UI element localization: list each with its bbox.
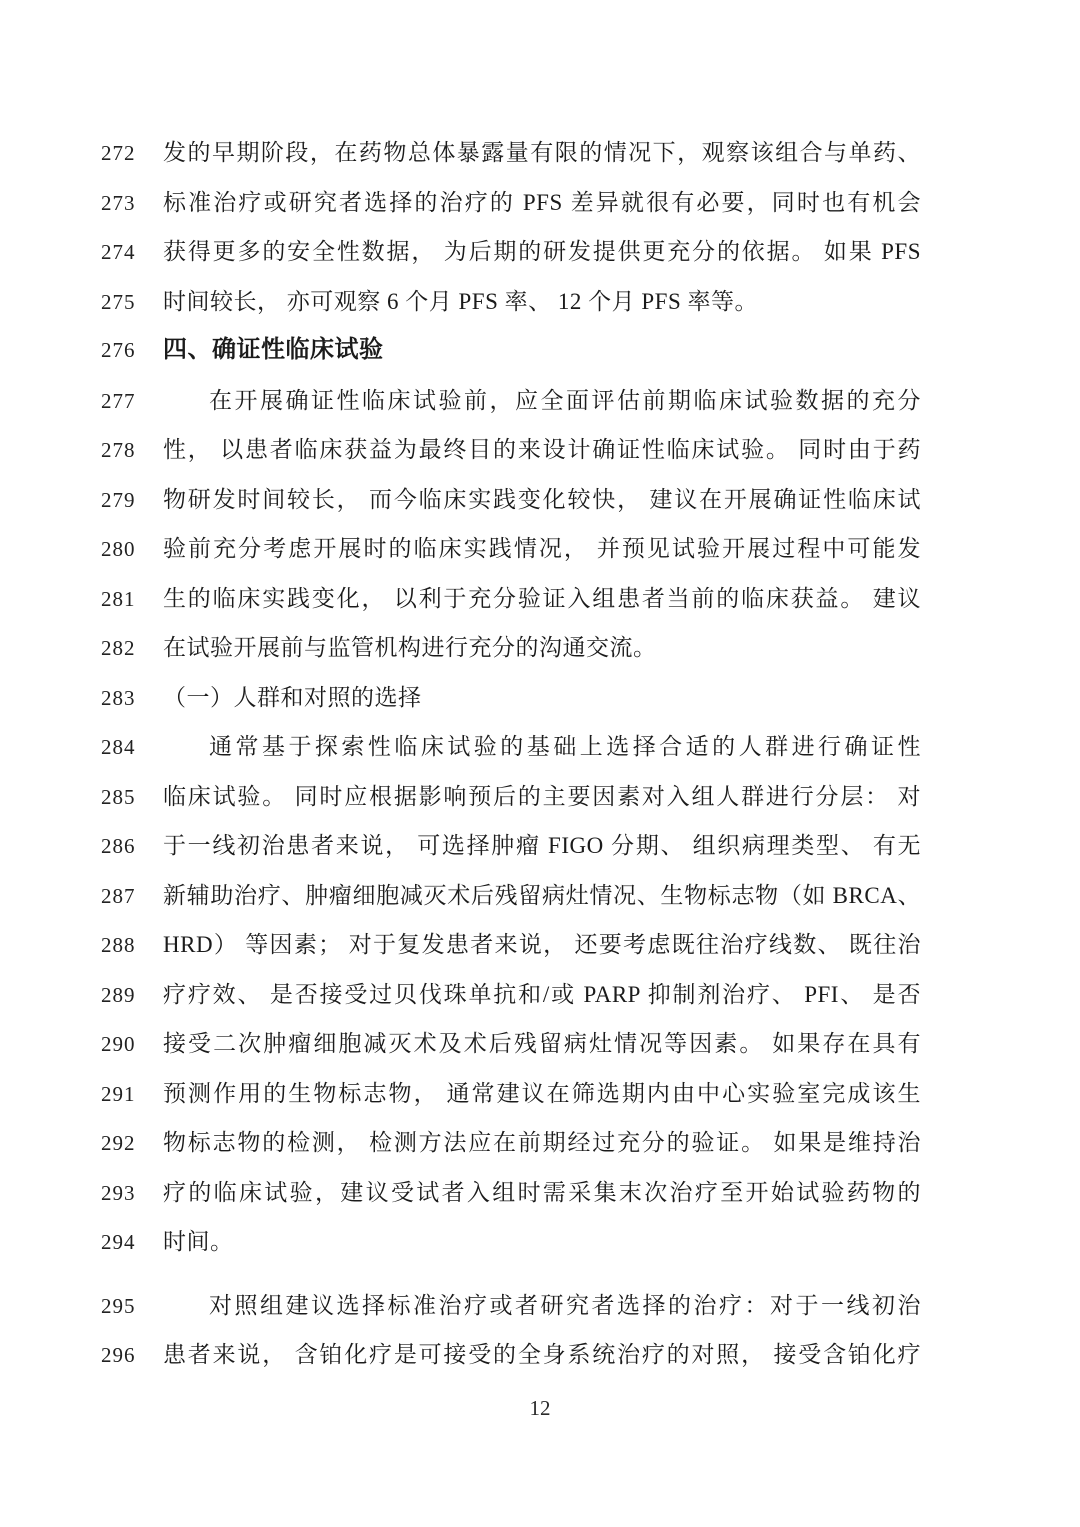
line-text: 疗的临床试验，建议受试者入组时需采集末次治疗至开始试验药物的: [163, 1168, 921, 1218]
line-text: 性， 以患者临床获益为最终目的来设计确证性临床试验。 同时由于药: [163, 425, 921, 475]
line-text: 于一线初治患者来说， 可选择肿瘤 FIGO 分期、 组织病理类型、 有无: [163, 821, 921, 871]
line-text: 接受二次肿瘤细胞减灭术及术后残留病灶情况等因素。 如果存在具有: [163, 1019, 921, 1069]
line-text: 预测作用的生物标志物， 通常建议在筛选期内由中心实验室完成该生: [163, 1069, 921, 1119]
document-line: 293 疗的临床试验，建议受试者入组时需采集末次治疗至开始试验药物的: [0, 1168, 1080, 1218]
line-number: 290: [101, 1032, 163, 1057]
line-text: 生的临床实践变化， 以利于充分验证入组患者当前的临床获益。 建议: [163, 574, 921, 624]
line-number: 292: [101, 1131, 163, 1156]
document-page: 272 发的早期阶段，在药物总体暴露量有限的情况下，观察该组合与单药、 273 …: [0, 0, 1080, 1421]
line-text: 时间。: [163, 1217, 921, 1267]
document-line: 280 验前充分考虑开展时的临床实践情况， 并预见试验开展过程中可能发: [0, 524, 1080, 574]
line-text: 物标志物的检测， 检测方法应在前期经过充分的验证。 如果是维持治: [163, 1118, 921, 1168]
line-text: 对照组建议选择标准治疗或者研究者选择的治疗：对于一线初治: [163, 1281, 921, 1331]
line-text: （一）人群和对照的选择: [163, 673, 921, 723]
document-line: 275 时间较长， 亦可观察 6 个月 PFS 率、 12 个月 PFS 率等。: [0, 277, 1080, 327]
document-line: 278 性， 以患者临床获益为最终目的来设计确证性临床试验。 同时由于药: [0, 425, 1080, 475]
line-number: 279: [101, 488, 163, 513]
document-line: 290 接受二次肿瘤细胞减灭术及术后残留病灶情况等因素。 如果存在具有: [0, 1019, 1080, 1069]
document-line: 295 对照组建议选择标准治疗或者研究者选择的治疗：对于一线初治: [0, 1281, 1080, 1331]
document-line: 277 在开展确证性临床试验前，应全面评估前期临床试验数据的充分: [0, 376, 1080, 426]
line-text: 验前充分考虑开展时的临床实践情况， 并预见试验开展过程中可能发: [163, 524, 921, 574]
document-line: 285 临床试验。 同时应根据影响预后的主要因素对入组人群进行分层： 对: [0, 772, 1080, 822]
document-line: 272 发的早期阶段，在药物总体暴露量有限的情况下，观察该组合与单药、: [0, 128, 1080, 178]
line-number: 272: [101, 141, 163, 166]
line-text: 在试验开展前与监管机构进行充分的沟通交流。: [163, 623, 921, 673]
line-number: 295: [101, 1294, 163, 1319]
line-text: 物研发时间较长， 而今临床实践变化较快， 建议在开展确证性临床试: [163, 475, 921, 525]
line-number: 280: [101, 537, 163, 562]
document-line: 289 疗疗效、 是否接受过贝伐珠单抗和/或 PARP 抑制剂治疗、 PFI、 …: [0, 970, 1080, 1020]
line-text: 疗疗效、 是否接受过贝伐珠单抗和/或 PARP 抑制剂治疗、 PFI、 是否: [163, 970, 921, 1020]
line-number: 277: [101, 389, 163, 414]
line-number: 285: [101, 785, 163, 810]
line-number: 273: [101, 191, 163, 216]
line-text: 在开展确证性临床试验前，应全面评估前期临床试验数据的充分: [163, 376, 921, 426]
document-line: 288 HRD） 等因素； 对于复发患者来说， 还要考虑既往治疗线数、 既往治: [0, 920, 1080, 970]
document-line: 284 通常基于探索性临床试验的基础上选择合适的人群进行确证性: [0, 722, 1080, 772]
line-number: 278: [101, 438, 163, 463]
page-number: 12: [0, 1396, 1080, 1421]
line-text: 时间较长， 亦可观察 6 个月 PFS 率、 12 个月 PFS 率等。: [163, 277, 921, 327]
document-line: 281 生的临床实践变化， 以利于充分验证入组患者当前的临床获益。 建议: [0, 574, 1080, 624]
document-line: 296 患者来说， 含铂化疗是可接受的全身系统治疗的对照， 接受含铂化疗: [0, 1330, 1080, 1380]
line-number: 296: [101, 1343, 163, 1368]
document-line: 292 物标志物的检测， 检测方法应在前期经过充分的验证。 如果是维持治: [0, 1118, 1080, 1168]
line-text: 标准治疗或研究者选择的治疗的 PFS 差异就很有必要，同时也有机会: [163, 178, 921, 228]
line-number: 282: [101, 636, 163, 661]
line-text: 发的早期阶段，在药物总体暴露量有限的情况下，观察该组合与单药、: [163, 128, 921, 178]
line-number: 281: [101, 587, 163, 612]
line-number: 293: [101, 1181, 163, 1206]
document-lines: 272 发的早期阶段，在药物总体暴露量有限的情况下，观察该组合与单药、 273 …: [0, 128, 1080, 1380]
line-number: 274: [101, 240, 163, 265]
document-line: 274 获得更多的安全性数据， 为后期的研发提供更充分的依据。 如果 PFS: [0, 227, 1080, 277]
line-number: 284: [101, 735, 163, 760]
line-number: 289: [101, 983, 163, 1008]
line-number: 276: [101, 338, 163, 363]
line-number: 283: [101, 686, 163, 711]
line-text: HRD） 等因素； 对于复发患者来说， 还要考虑既往治疗线数、 既往治: [163, 920, 921, 970]
document-line: 286 于一线初治患者来说， 可选择肿瘤 FIGO 分期、 组织病理类型、 有无: [0, 821, 1080, 871]
document-line: 279 物研发时间较长， 而今临床实践变化较快， 建议在开展确证性临床试: [0, 475, 1080, 525]
line-number: 294: [101, 1230, 163, 1255]
line-text: 临床试验。 同时应根据影响预后的主要因素对入组人群进行分层： 对: [163, 772, 921, 822]
line-text: 获得更多的安全性数据， 为后期的研发提供更充分的依据。 如果 PFS: [163, 227, 921, 277]
line-text: 患者来说， 含铂化疗是可接受的全身系统治疗的对照， 接受含铂化疗: [163, 1330, 921, 1380]
line-number: 288: [101, 933, 163, 958]
document-line: 276 四、确证性临床试验: [0, 326, 1080, 376]
line-number: 286: [101, 834, 163, 859]
document-line: 283 （一）人群和对照的选择: [0, 673, 1080, 723]
line-number: 291: [101, 1082, 163, 1107]
line-text: 新辅助治疗、肿瘤细胞减灭术后残留病灶情况、生物标志物（如 BRCA、: [163, 871, 921, 921]
line-number: 275: [101, 290, 163, 315]
document-line: 294 时间。: [0, 1217, 1080, 1267]
line-text: 通常基于探索性临床试验的基础上选择合适的人群进行确证性: [163, 722, 921, 772]
line-number: 287: [101, 884, 163, 909]
document-line: 282 在试验开展前与监管机构进行充分的沟通交流。: [0, 623, 1080, 673]
line-text: 四、确证性临床试验: [163, 326, 921, 376]
document-line: 287 新辅助治疗、肿瘤细胞减灭术后残留病灶情况、生物标志物（如 BRCA、: [0, 871, 1080, 921]
document-line: 291 预测作用的生物标志物， 通常建议在筛选期内由中心实验室完成该生: [0, 1069, 1080, 1119]
document-line: 273 标准治疗或研究者选择的治疗的 PFS 差异就很有必要，同时也有机会: [0, 178, 1080, 228]
